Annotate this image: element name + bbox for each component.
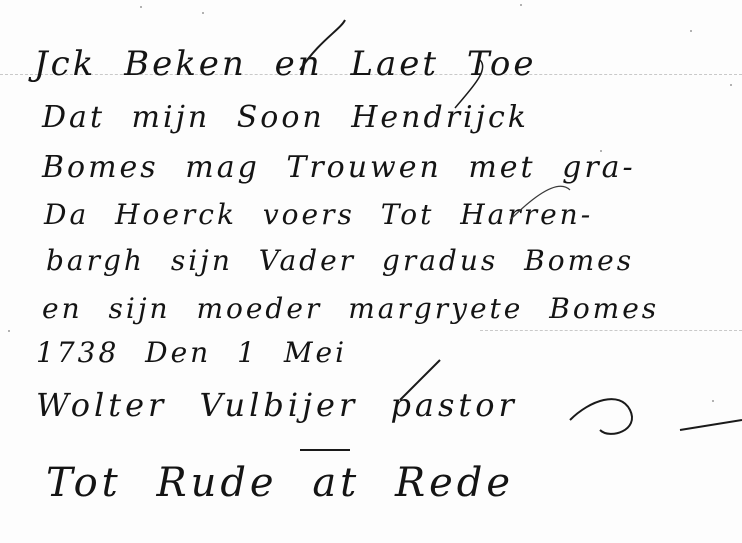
text-line-6: en sijn moeder margryete Bomes	[42, 292, 659, 325]
paper-speck	[140, 6, 142, 8]
paper-speck	[8, 330, 10, 332]
signature-name: Wolter Vulbijer pastor	[36, 386, 518, 424]
text-line-2: Dat mijn Soon Hendrijck	[42, 100, 529, 135]
paper-speck	[202, 12, 204, 14]
paper-speck	[520, 4, 522, 6]
text-line-7-date: 1738 Den 1 Mei	[36, 336, 347, 369]
ruled-line	[480, 330, 742, 331]
scanned-document: Jck Beken en Laet Toe Dat mijn Soon Hend…	[0, 0, 742, 543]
paper-speck	[730, 84, 732, 86]
text-line-3: Bomes mag Trouwen met gra-	[42, 150, 636, 185]
text-line-5: bargh sijn Vader gradus Bomes	[46, 244, 634, 277]
signature-place: Tot Rude at Rede	[46, 460, 514, 506]
paper-speck	[712, 400, 714, 402]
paper-speck	[690, 30, 692, 32]
text-line-4: Da Hoerck voers Tot Harren-	[44, 198, 593, 231]
text-line-1: Jck Beken en Laet Toe	[34, 44, 537, 84]
